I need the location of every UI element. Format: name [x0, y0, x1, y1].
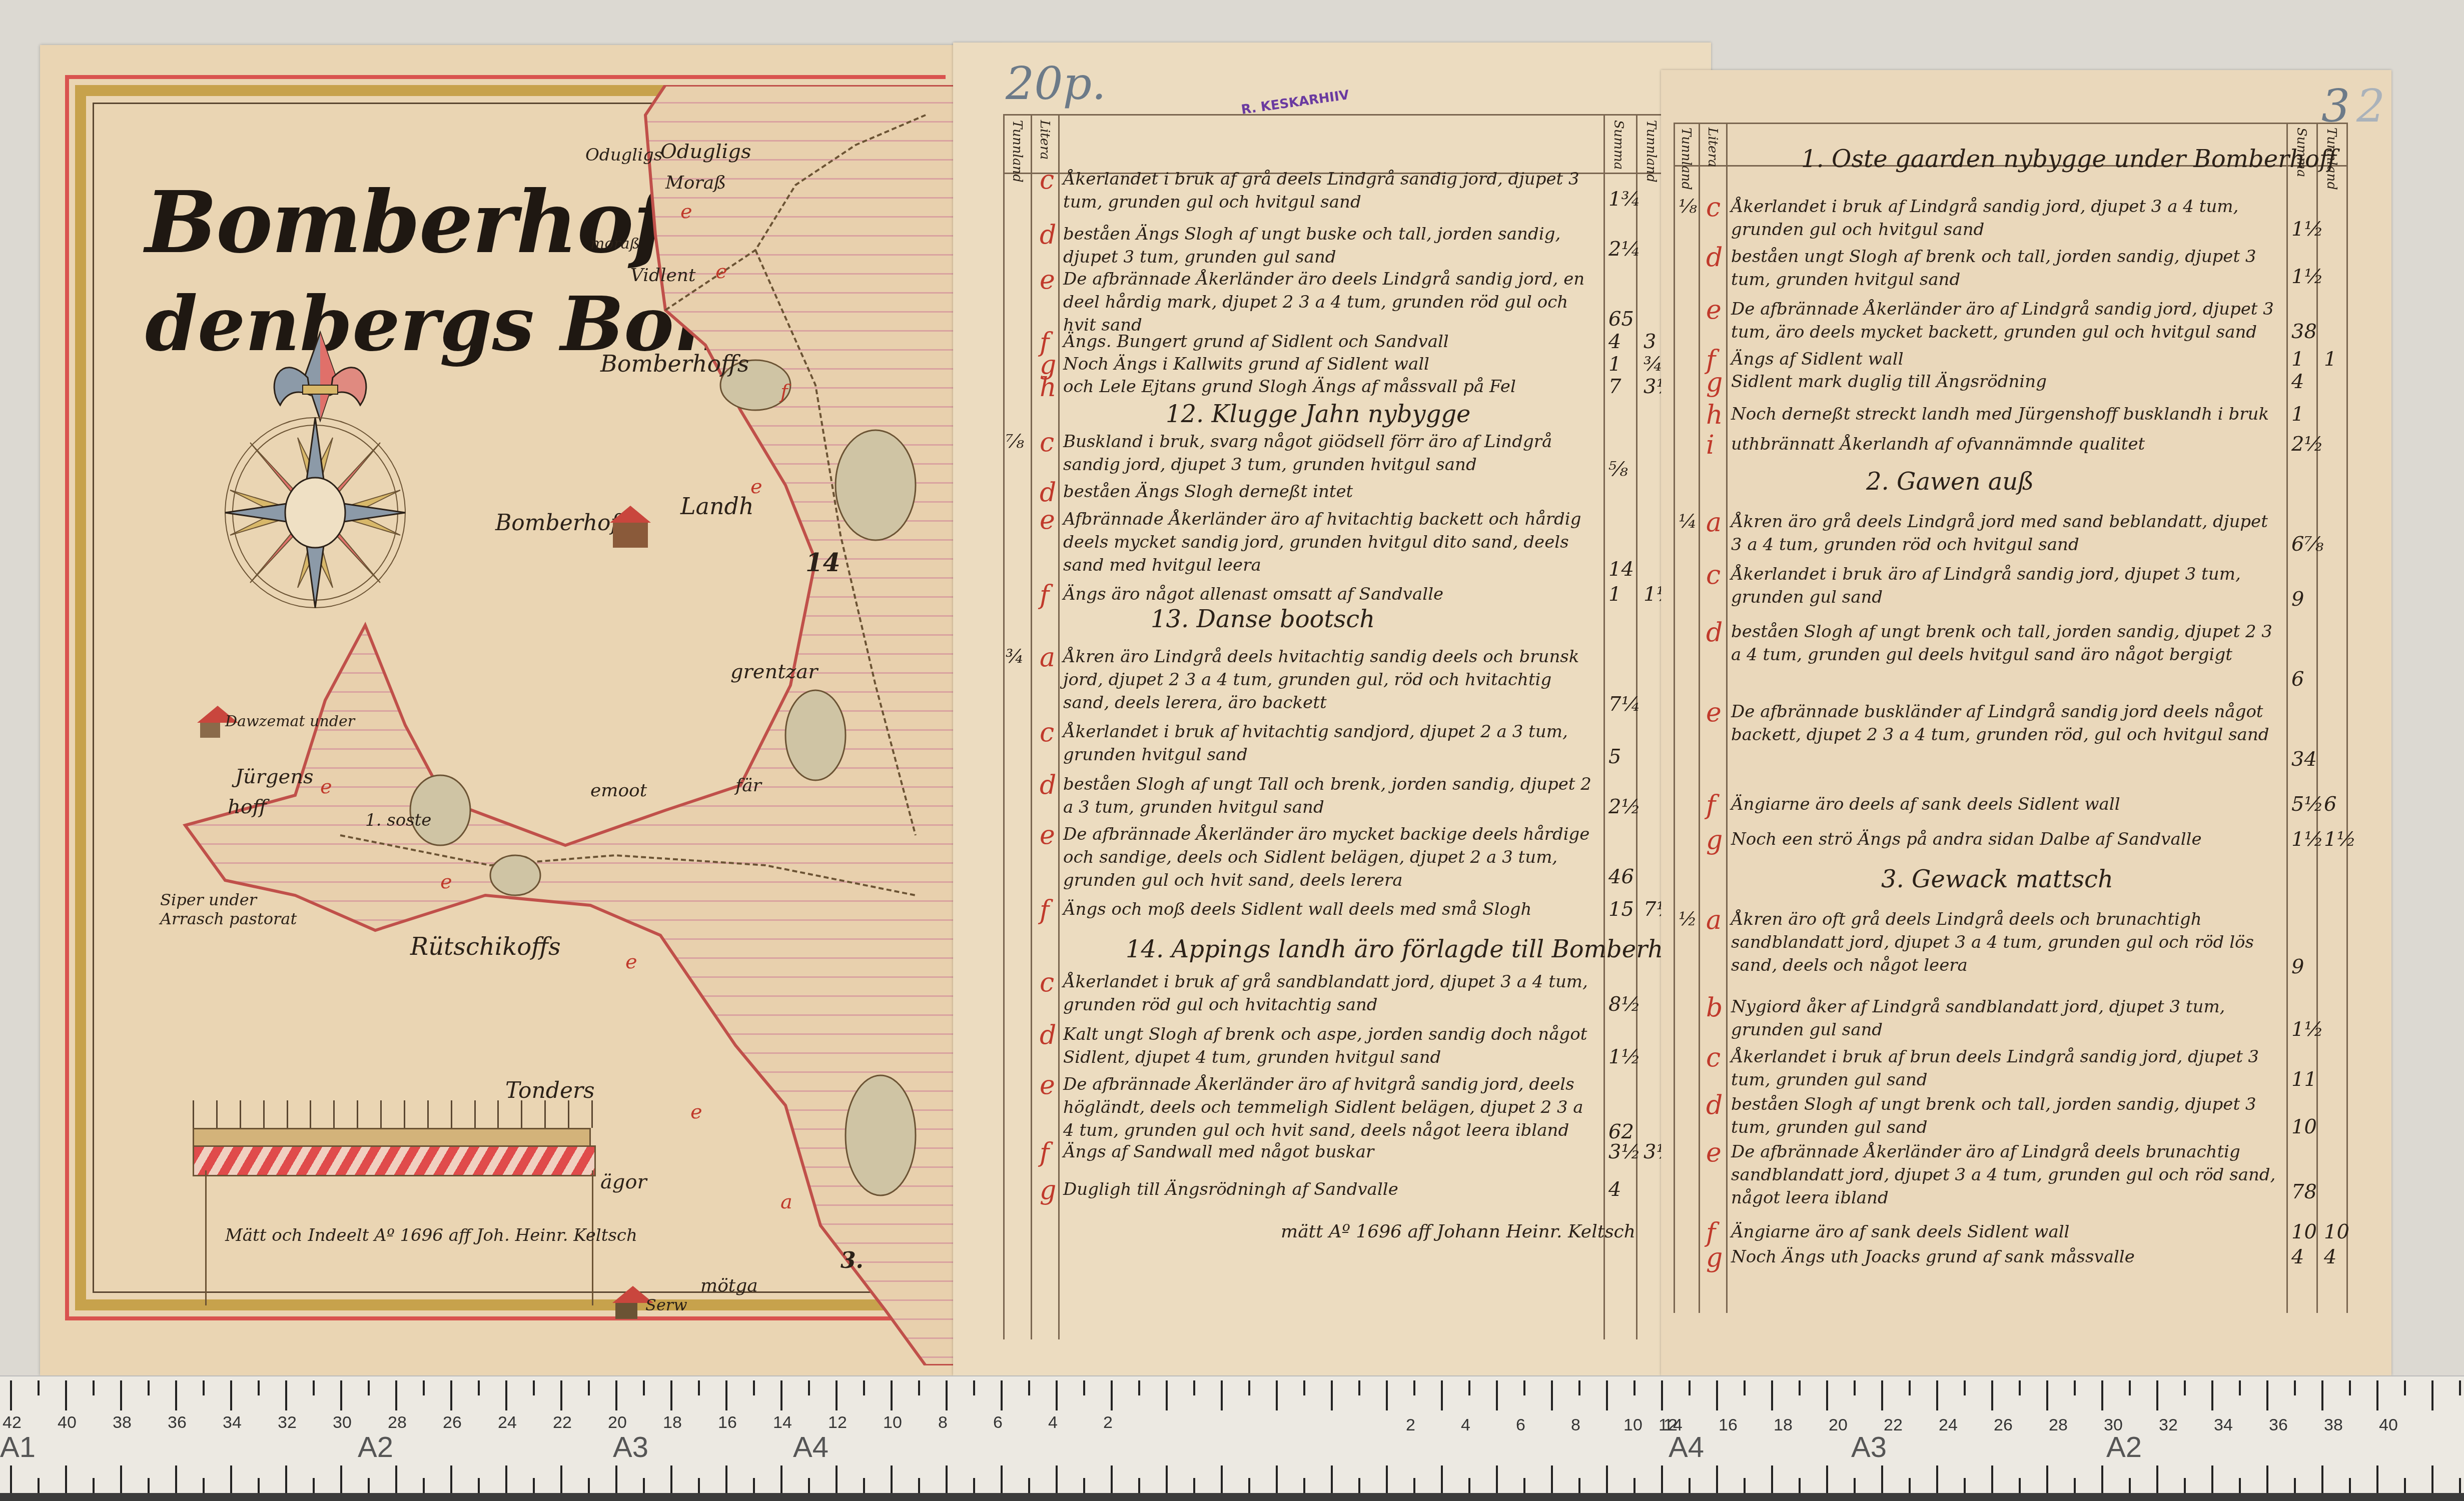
ruler-tick	[2321, 1465, 2323, 1495]
map-label-bomberhoff-manor: Bomberhoff	[495, 510, 626, 536]
entry-text: Åkren äro Lindgrå deels hvitachtig sandi…	[1063, 645, 1598, 714]
entry-value: 3½	[1608, 1140, 1640, 1163]
ruler-tick	[148, 1478, 150, 1493]
ruler-tick	[533, 1380, 535, 1395]
entry-letter: g	[1706, 1243, 1723, 1273]
map-label-dawzemat: Dawzemat under	[225, 713, 355, 730]
ruler-tick	[478, 1380, 480, 1395]
parcel-letter: a	[780, 1190, 792, 1213]
scale-tick	[521, 1100, 522, 1128]
ruler-tick	[1523, 1478, 1525, 1493]
entry-text: Ängiarne äro deels af sank deels Sidlent…	[1731, 793, 2281, 816]
ruler-number: 38	[113, 1413, 132, 1432]
ruler-tick	[780, 1380, 782, 1410]
ruler-tick	[753, 1478, 755, 1493]
manor-house-icon	[613, 523, 648, 548]
entry-letter: a	[1706, 905, 1722, 935]
entry-text: Åkerlandet i bruk af Lindgrå sandig jord…	[1731, 195, 2281, 241]
ruler-tick	[643, 1380, 645, 1395]
entry-text: Ängs af Sandwall med något buskar	[1063, 1140, 1598, 1163]
entry-text: beståen Slogh af ungt brenk och tall, jo…	[1731, 620, 2281, 666]
ruler-tick	[1744, 1478, 1746, 1493]
entry-value: 15	[1608, 898, 1634, 921]
ruler-tick	[395, 1380, 397, 1410]
ruler-tick	[780, 1465, 782, 1495]
entry-value: 38	[2291, 320, 2317, 343]
map-label-motga: mötga	[700, 1275, 758, 1296]
ruler-size-label-a3: A3	[613, 1430, 648, 1464]
ruler-tick	[1771, 1465, 1773, 1495]
ruler-tick	[230, 1465, 232, 1495]
entry-letter: c	[1040, 718, 1054, 748]
ruler-tick	[670, 1465, 672, 1495]
ruler-tick	[1083, 1478, 1085, 1493]
ruler-tick	[1303, 1380, 1305, 1395]
entry-value-2: 3	[1644, 330, 1656, 353]
ruler-tick	[1331, 1465, 1333, 1495]
map-label-jurgens: Jürgens	[235, 765, 313, 788]
page-signature: mätt Aº 1696 aff Johann Heinr. Keltsch	[1281, 1220, 1635, 1243]
ruler-tick	[2211, 1380, 2213, 1410]
entry-text: Åkren äro oft grå deels Lindgrå deels oc…	[1731, 908, 2281, 977]
ruler-tick	[423, 1478, 425, 1493]
ruler-tick	[2266, 1465, 2268, 1495]
ruler-number: 16	[1719, 1415, 1738, 1435]
ruler-tick	[395, 1465, 397, 1495]
ruler-size-label-a1: A1	[0, 1430, 36, 1464]
entry-value: 4	[1608, 330, 1621, 353]
ruler-tick	[588, 1380, 590, 1395]
scale-tick	[240, 1100, 241, 1128]
ruler-tick	[285, 1380, 287, 1410]
ruler-tick	[2349, 1380, 2351, 1395]
entry-letter: c	[1040, 968, 1054, 998]
ruler-tick	[2459, 1380, 2461, 1395]
entry-text: och Lele Ejtans grund Slogh Ängs af måss…	[1063, 375, 1598, 398]
ruler-tick	[2294, 1380, 2296, 1395]
ruler-tick	[1303, 1478, 1305, 1493]
entry-value: 1½	[2291, 828, 2323, 851]
section-heading-1: 1. Oste gaarden nybygge under Bomberhoff	[1801, 145, 2336, 173]
ruler-tick	[1496, 1380, 1498, 1410]
entry-value-2: 1	[2324, 348, 2336, 371]
ruler-tick	[203, 1478, 205, 1493]
ruler-number: 6	[1516, 1415, 1525, 1435]
ruler-tick	[1936, 1465, 1938, 1495]
ruler-number: 32	[2159, 1415, 2178, 1435]
entry-letter: c	[1706, 560, 1721, 590]
ruler-tick	[1578, 1478, 1580, 1493]
entry-value: ⅝	[1608, 458, 1628, 481]
col-rule	[2286, 123, 2288, 1313]
ruler-tick	[725, 1380, 727, 1410]
ruler-number: 18	[1774, 1415, 1793, 1435]
ruler-tick	[1028, 1478, 1030, 1493]
ruler-tick	[1193, 1478, 1195, 1493]
ruler-number: 4	[1048, 1413, 1058, 1432]
ruler-number: 8	[1571, 1415, 1580, 1435]
entry-text: Buskland i bruk, svarg något giödsell fö…	[1063, 430, 1598, 476]
pencil-folio-number-right-2: 2	[2356, 80, 2385, 133]
ruler-tick	[2046, 1465, 2048, 1495]
ruler-tick	[588, 1478, 590, 1493]
ruler-tick	[93, 1478, 95, 1493]
ruler-tick	[2431, 1380, 2433, 1410]
entry-letter: e	[1040, 265, 1055, 295]
entry-value: 1¾	[1608, 188, 1640, 211]
parcel-letter: e	[440, 870, 452, 893]
ruler-tick	[1716, 1465, 1718, 1495]
ruler-tick	[65, 1465, 67, 1495]
ruler-tick	[175, 1465, 177, 1495]
map-label-tonders: Tonders	[505, 1078, 595, 1103]
entry-letter: d	[1706, 1090, 1723, 1120]
ruler-tick	[1523, 1380, 1525, 1395]
ruler-tick	[973, 1478, 975, 1493]
ruler-tick	[1193, 1380, 1195, 1395]
ruler-tick	[368, 1478, 370, 1493]
ruler-tick	[891, 1465, 893, 1495]
section-heading-3: 3. Gewack mattsch	[1881, 865, 2113, 893]
ruler-tick	[1083, 1380, 1085, 1395]
scale-tick	[427, 1100, 429, 1128]
col-rule	[2346, 123, 2348, 1313]
ruler-size-label-a4: A4	[793, 1430, 829, 1464]
ruler-tick	[615, 1380, 617, 1410]
parcel-letter: e	[625, 950, 637, 973]
entry-letter: h	[1040, 373, 1057, 403]
ruler-number: 4	[1461, 1415, 1470, 1435]
entry-value: 1	[1608, 583, 1621, 606]
ruler-tick	[2156, 1465, 2158, 1495]
ruler-number: 18	[663, 1413, 682, 1432]
map-label-rutschikoffs: Rütschikoffs	[410, 933, 561, 961]
entry-value: 2½	[1608, 795, 1640, 818]
ruler-tick	[753, 1380, 755, 1395]
scale-tick	[310, 1100, 311, 1128]
entry-value: 34	[2291, 748, 2317, 771]
entry-value: 1½	[2291, 265, 2323, 288]
map-label-vidlent: Vidlent	[630, 265, 695, 286]
ruler-tick	[423, 1380, 425, 1395]
entry-text: De afbrännade Åkerländer äro af Lindgrå …	[1731, 298, 2281, 344]
entry-text: De afbrännade Åkerländer äro deels Lindg…	[1063, 268, 1598, 337]
entry-text: beståen ungt Slogh af brenk och tall, jo…	[1731, 245, 2281, 291]
ruler-tick	[2211, 1465, 2213, 1495]
entry-value-2: 1½	[2324, 828, 2356, 851]
entry-text: Åkerlandet i bruk äro af Lindgrå sandig …	[1731, 563, 2281, 609]
ruler-number: 34	[223, 1413, 242, 1432]
map-label-emoot: emoot	[590, 780, 647, 801]
ruler-tick	[1166, 1465, 1168, 1495]
ruler-tick	[2239, 1478, 2241, 1493]
ruler-number: 36	[168, 1413, 187, 1432]
ruler-tick	[1221, 1380, 1223, 1410]
ruler-tick	[1248, 1380, 1250, 1395]
entry-text: beståen Slogh af ungt Tall och brenk, jo…	[1063, 773, 1598, 819]
section-heading-13: 13. Danse bootsch	[1151, 605, 1375, 633]
ruler-number: 24	[498, 1413, 517, 1432]
ruler-tick	[450, 1465, 452, 1495]
entry-text: De afbrännade Åkerländer äro mycket back…	[1063, 823, 1598, 892]
ruler-tick	[1056, 1380, 1058, 1410]
ruler-tick	[946, 1465, 948, 1495]
entry-value: 1	[2291, 348, 2304, 371]
scale-tick	[568, 1100, 569, 1128]
entry-value: 1½	[1608, 1045, 1640, 1068]
pencil-folio-number-right: 3	[2321, 80, 2350, 133]
entry-text: De afbrännade Åkerländer äro af Lindgrå …	[1731, 1140, 2281, 1209]
entry-plot: ⅛	[1679, 195, 1697, 217]
entry-plot: ¾	[1006, 645, 1024, 667]
entry-letter: h	[1706, 400, 1723, 430]
ruler-tick	[2074, 1478, 2076, 1493]
map-label-morass-2: Moraß	[665, 173, 726, 193]
ruler-tick	[65, 1380, 67, 1410]
entry-value: 78	[2291, 1180, 2317, 1203]
ruler-tick	[258, 1478, 260, 1493]
ruler-tick	[1633, 1478, 1635, 1493]
ruler-tick	[2321, 1380, 2323, 1410]
entry-value: 2¼	[1608, 238, 1640, 261]
scale-tick	[287, 1100, 288, 1128]
ruler-tick	[1881, 1465, 1883, 1495]
ruler-number: 26	[443, 1413, 462, 1432]
ruler-tick	[1468, 1380, 1470, 1395]
ruler-tick	[1001, 1380, 1003, 1410]
ruler-number: 40	[2379, 1415, 2398, 1435]
ruler-tick	[148, 1380, 150, 1395]
entry-text: Ängs och moß deels Sidlent wall deels me…	[1063, 898, 1598, 921]
scale-tick	[193, 1100, 194, 1128]
house-icon-dawzemat	[200, 723, 220, 738]
entry-text: Noch Ängs uth Joacks grund af sank måssv…	[1731, 1245, 2281, 1268]
ruler-tick	[2046, 1380, 2048, 1410]
parcel-letter: f	[780, 380, 788, 403]
entry-letter: b	[1706, 993, 1723, 1023]
ruler-tick	[340, 1380, 342, 1410]
entry-letter: f	[1706, 790, 1716, 820]
ruler-tick	[2019, 1478, 2021, 1493]
ruler-tick	[1991, 1380, 1993, 1410]
entry-value: 1½	[2291, 218, 2323, 241]
ruler-number: 22	[553, 1413, 572, 1432]
entry-letter: d	[1040, 478, 1056, 508]
ruler-tick	[2129, 1380, 2131, 1395]
entry-value: 4	[1608, 1178, 1621, 1201]
ruler-tick	[560, 1380, 562, 1410]
entry-text: Åkren äro grå deels Lindgrå jord med san…	[1731, 510, 2281, 556]
ruler-number: 28	[388, 1413, 407, 1432]
entry-text: Dugligh till Ängsrödningh af Sandvalle	[1063, 1178, 1598, 1201]
scale-tick	[333, 1100, 335, 1128]
map-label-far: fär	[735, 775, 761, 796]
scale-tick	[544, 1100, 546, 1128]
ruler-number: 8	[938, 1413, 948, 1432]
col-rule	[1726, 123, 1728, 1313]
map-label-arrasch-pastorat: Arrasch pastorat	[160, 909, 297, 928]
ruler-tick	[918, 1380, 920, 1395]
ruler-tick	[1468, 1478, 1470, 1493]
ruler-tick	[1551, 1380, 1553, 1410]
ruler-tick	[1441, 1380, 1443, 1410]
map-label-odugligs: Odugligs	[585, 145, 662, 165]
ruler-size-label-a3-right: A3	[1851, 1430, 1887, 1464]
entry-letter: g	[1040, 1175, 1056, 1205]
col-header-litera: Litera	[1705, 128, 1720, 167]
ruler-tick	[1056, 1465, 1058, 1495]
ruler-tick	[2184, 1478, 2186, 1493]
map-label-serw: Serw	[645, 1295, 687, 1314]
entry-text: Nygiord åker af Lindgrå sandblandatt jor…	[1731, 995, 2281, 1041]
ruler-tick	[808, 1478, 810, 1493]
ruler-tick	[38, 1478, 40, 1493]
ruler-tick	[1826, 1380, 1828, 1410]
ruler-number: 32	[278, 1413, 297, 1432]
entry-letter: e	[1040, 820, 1055, 850]
parcel-letter: e	[320, 775, 332, 798]
col-rule	[1674, 123, 1675, 1313]
scale-tick	[451, 1100, 452, 1128]
entry-text: Ängs äro något allenast omsatt af Sandva…	[1063, 583, 1598, 606]
entry-text: Ängs af Sidlent wall	[1731, 348, 2281, 371]
ruler-tick	[1964, 1380, 1966, 1395]
ruler-tick	[1276, 1380, 1278, 1410]
map-label-siper: Siper under	[160, 890, 257, 909]
entry-value: 2½	[2291, 433, 2323, 456]
entry-letter: d	[1706, 243, 1723, 273]
ruler-tick	[1028, 1380, 1030, 1395]
ruler-tick	[368, 1380, 370, 1395]
col-rule	[1603, 114, 1605, 1339]
ruler-tick	[891, 1380, 893, 1410]
ruler-tick	[2019, 1380, 2021, 1395]
ruler-tick	[836, 1380, 838, 1410]
entry-text: beståen Ängs Slogh derneßt intet	[1063, 480, 1598, 503]
ruler-size-label-a2: A2	[358, 1430, 393, 1464]
ruler-tick	[1991, 1465, 1993, 1495]
ruler-tick	[1716, 1380, 1718, 1410]
ruler-tick	[2459, 1478, 2461, 1493]
parcel-letter: e	[750, 475, 762, 498]
ruler-tick	[2376, 1380, 2378, 1410]
ruler-tick	[2294, 1478, 2296, 1493]
map-label-morass: moraß	[590, 235, 640, 253]
ruler-tick	[1413, 1478, 1415, 1493]
entry-letter: e	[1040, 505, 1055, 535]
col-header-tunnland: Tunnland	[1010, 120, 1025, 183]
ruler-number: 2	[1103, 1413, 1113, 1432]
ruler-number: 6	[993, 1413, 1003, 1432]
ruler-number: 30	[333, 1413, 352, 1432]
entry-value: 6	[2291, 668, 2304, 691]
col-header-tunnland-right: Tunnland	[1644, 120, 1659, 183]
col-header-litera: Litera	[1037, 120, 1052, 160]
ruler-tick	[1826, 1465, 1828, 1495]
ruler-tick	[258, 1380, 260, 1395]
col-rule	[1699, 123, 1700, 1313]
ruler-tick	[1661, 1380, 1663, 1410]
ruler-tick	[1111, 1465, 1113, 1495]
map-label-landh: Landh	[680, 493, 754, 520]
scale-tick	[591, 1100, 593, 1128]
entry-letter: g	[1706, 825, 1723, 855]
ruler-tick	[670, 1380, 672, 1410]
entry-text: Noch derneßt streckt landh med Jürgensho…	[1731, 403, 2281, 426]
entry-value: 8½	[1608, 993, 1640, 1016]
entry-letter: c	[1040, 428, 1054, 458]
entry-text: Åkerlandet i bruk af brun deels Lindgrå …	[1731, 1045, 2281, 1091]
entry-value: 1	[2291, 403, 2304, 426]
ruler-tick	[2184, 1380, 2186, 1395]
entry-value: 65	[1608, 308, 1634, 331]
ruler-tick	[1551, 1465, 1553, 1495]
ruler-tick	[973, 1380, 975, 1395]
ruler-tick	[1413, 1380, 1415, 1395]
map-label-odugligs-2: Odugligs	[660, 140, 751, 163]
ruler-tick	[1138, 1478, 1140, 1493]
ruler-tick	[1799, 1478, 1801, 1493]
section-heading-14: 14. Appings landh äro förlagde till Bomb…	[1126, 935, 1695, 963]
ruler-tick	[285, 1465, 287, 1495]
scale-tick	[404, 1100, 405, 1128]
ruler-tick	[863, 1380, 865, 1395]
entry-letter: f	[1040, 580, 1049, 610]
ruler-tick	[1221, 1465, 1223, 1495]
ruler-tick	[1111, 1380, 1113, 1410]
ruler-tick	[2101, 1465, 2103, 1495]
ruler-number: 36	[2269, 1415, 2288, 1435]
entry-letter: e	[1706, 698, 1722, 728]
ruler-tick	[1854, 1380, 1856, 1395]
entry-letter: c	[1040, 165, 1054, 195]
section-heading-2: 2. Gawen auß	[1866, 468, 2034, 496]
ruler-tick	[2431, 1465, 2433, 1495]
entry-plot: ¼	[1679, 510, 1697, 532]
ruler-tick	[2266, 1380, 2268, 1410]
ruler-tick	[1166, 1380, 1168, 1410]
ruler-tick	[2404, 1380, 2406, 1395]
ruler-number: 16	[718, 1413, 737, 1432]
house-icon-serw	[615, 1303, 637, 1319]
ruler-number: 38	[2324, 1415, 2343, 1435]
entry-value: 9	[2291, 955, 2304, 978]
ruler-tick	[560, 1465, 562, 1495]
entry-value-2: ¾	[1644, 353, 1663, 376]
entry-value: 1	[1608, 353, 1621, 376]
ruler-tick	[2349, 1478, 2351, 1493]
entry-value-2: 4	[2324, 1245, 2336, 1268]
ruler-tick	[478, 1478, 480, 1493]
section-heading-12: 12. Klugge Jahn nybygge	[1166, 400, 1471, 428]
col-rule	[1003, 114, 1005, 1339]
ruler-tick	[2376, 1465, 2378, 1495]
scale-tick	[497, 1100, 499, 1128]
scale-tick	[474, 1100, 476, 1128]
ruler-tick	[698, 1478, 700, 1493]
ruler-tick	[1771, 1380, 1773, 1410]
ruler-number: 10	[1623, 1415, 1642, 1435]
ruler-tick	[175, 1380, 177, 1410]
entry-value: 9	[2291, 588, 2304, 611]
ruler-tick	[946, 1380, 948, 1410]
entry-letter: e	[1706, 1138, 1722, 1168]
entry-letter: c	[1706, 1043, 1721, 1073]
entry-text: Åkerlandet i bruk af hvitachtig sandjord…	[1063, 720, 1598, 766]
ruler-number: 10	[883, 1413, 902, 1432]
col-rule	[1058, 114, 1060, 1339]
ruler-tick	[1138, 1380, 1140, 1395]
